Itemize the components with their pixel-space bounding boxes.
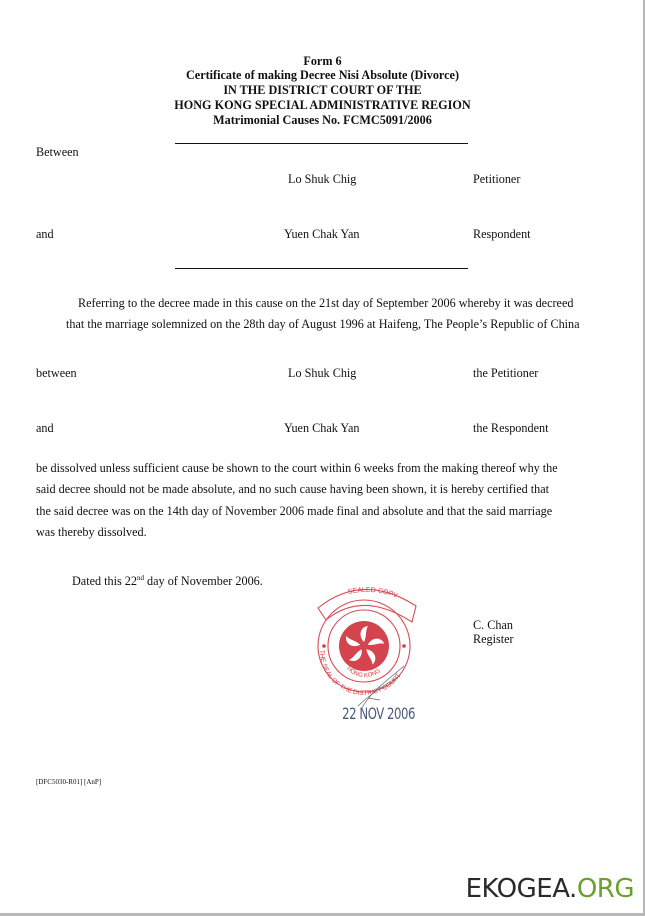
operative-paragraph: be dissolved unless sufficient cause be … [36, 458, 596, 543]
signatory-title: Register [473, 632, 514, 647]
seal-icon: SEALED COPY THE SEAL OF THE DISTRICT COU… [308, 580, 433, 730]
recital-line-1: Referring to the decree made in this cau… [78, 296, 573, 311]
form-reference: [DFC5030-R01] [AnP] [36, 778, 101, 786]
between-label: Between [36, 145, 79, 160]
operative-line: was thereby dissolved. [36, 522, 596, 543]
operative-line: the said decree was on the 14th day of N… [36, 501, 596, 522]
recital-line-2: that the marriage solemnized on the 28th… [66, 317, 580, 332]
dated-rest: day of November 2006. [144, 574, 263, 588]
petitioner-role: Petitioner [473, 172, 520, 187]
respondent-role: Respondent [473, 227, 531, 242]
ordinal-suffix: nd [137, 574, 144, 582]
petitioner-name: Lo Shuk Chig [288, 172, 356, 187]
signatory-name: C. Chan [473, 618, 513, 633]
court-seal-stamp: SEALED COPY THE SEAL OF THE DISTRICT COU… [308, 580, 433, 730]
watermark-brand: EKOGEA. [466, 874, 577, 904]
operative-line: be dissolved unless sufficient cause be … [36, 458, 596, 479]
court-name: IN THE DISTRICT COURT OF THE [0, 84, 645, 98]
and-label: and [36, 227, 54, 242]
divider-bottom [175, 268, 468, 269]
svg-text:SEALED COPY: SEALED COPY [347, 587, 399, 600]
watermark-tld: ORG [577, 874, 634, 904]
watermark-logo: EKOGEA.ORG [466, 874, 634, 904]
stamp-date: 22 NOV 2006 [342, 706, 415, 724]
dated-line: Dated this 22nd day of November 2006. [72, 574, 263, 589]
respondent-name-2: Yuen Chak Yan [284, 421, 360, 436]
between-label-2: between [36, 366, 77, 381]
respondent-role-2: the Respondent [473, 421, 548, 436]
stamp-top-label: SEALED COPY [347, 587, 399, 600]
dated-prefix: Dated this 22 [72, 574, 137, 588]
respondent-name: Yuen Chak Yan [284, 227, 360, 242]
petitioner-name-2: Lo Shuk Chig [288, 366, 356, 381]
certificate-title: Certificate of making Decree Nisi Absolu… [0, 69, 645, 83]
divider-top [175, 143, 468, 144]
case-number: Matrimonial Causes No. FCMC5091/2006 [0, 114, 645, 128]
operative-line: said decree should not be made absolute,… [36, 479, 596, 500]
region-name: HONG KONG SPECIAL ADMINISTRATIVE REGION [0, 99, 645, 113]
form-number: Form 6 [0, 55, 645, 69]
and-label-2: and [36, 421, 54, 436]
petitioner-role-2: the Petitioner [473, 366, 538, 381]
